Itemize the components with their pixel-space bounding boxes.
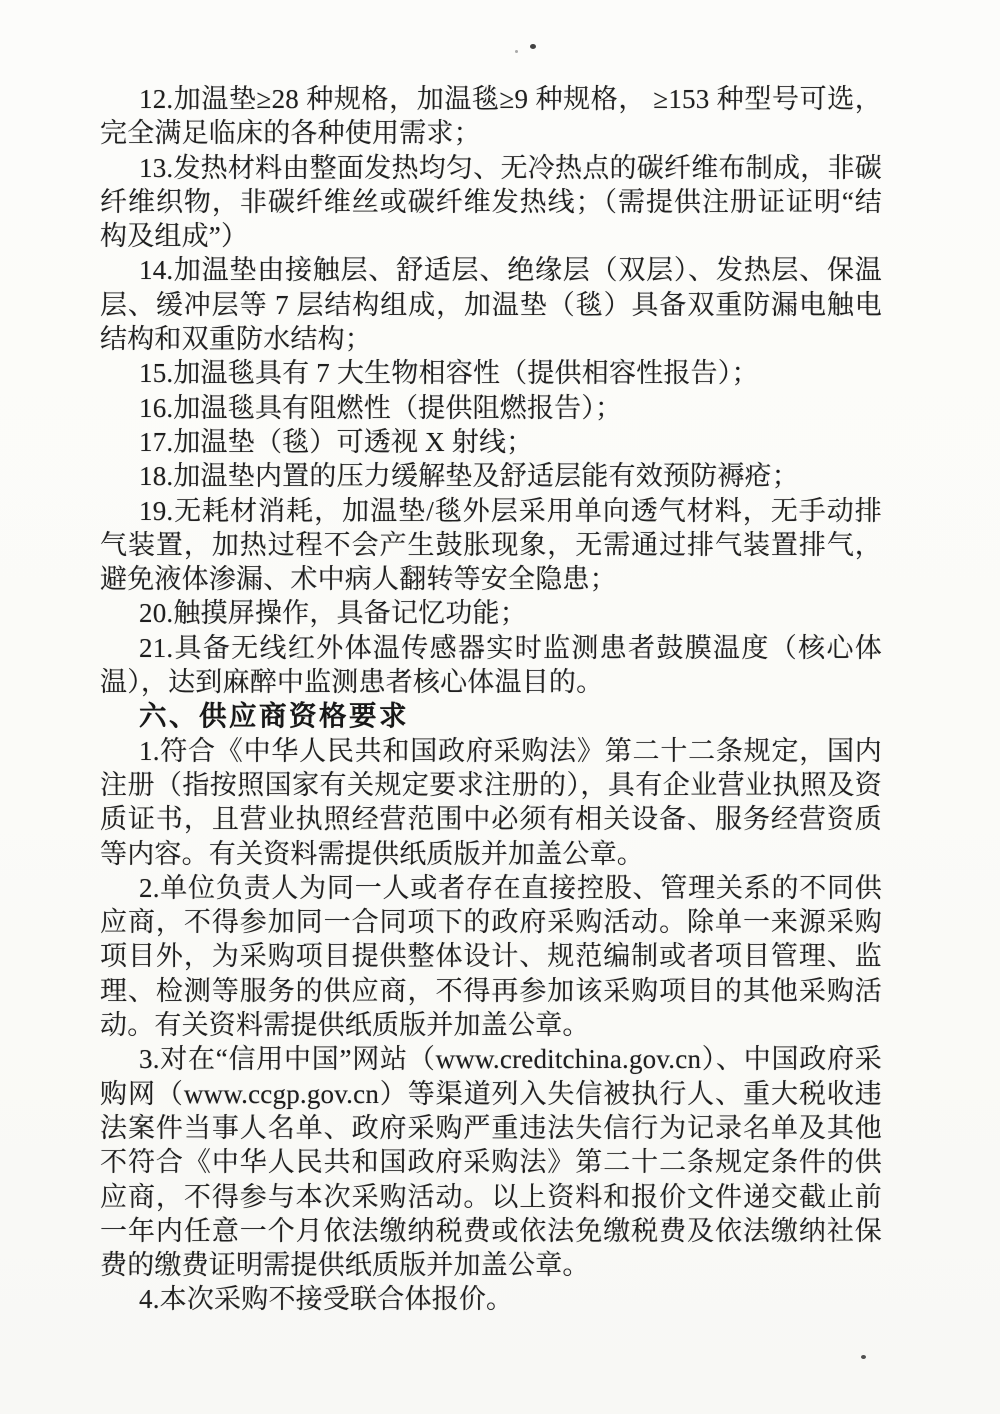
qualification-item-1: 1.符合《中华人民共和国政府采购法》第二十二条规定，国内注册（指按照国家有关规定… (100, 734, 882, 871)
spec-item-21: 21.具备无线红外体温传感器实时监测患者鼓膜温度（核心体温），达到麻醉中监测患者… (100, 631, 882, 700)
spec-item-16: 16.加温毯具有阻燃性（提供阻燃报告）； (100, 391, 882, 425)
spec-item-15: 15.加温毯具有 7 大生物相容性（提供相容性报告）； (100, 356, 882, 390)
spec-item-17: 17.加温垫（毯）可透视 X 射线； (100, 425, 882, 459)
document-body: 12.加温垫≥28 种规格，加温毯≥9 种规格， ≥153 种型号可选，完全满足… (100, 82, 882, 1317)
qualification-item-3: 3.对在“信用中国”网站（www.creditchina.gov.cn）、中国政… (100, 1042, 882, 1282)
section-heading-supplier-qualifications: 六、供应商资格要求 (100, 699, 882, 733)
spec-item-14: 14.加温垫由接触层、舒适层、绝缘层（双层）、发热层、保温层、缓冲层等 7 层结… (100, 253, 882, 356)
scan-speck-3 (861, 1355, 866, 1359)
spec-item-18: 18.加温垫内置的压力缓解垫及舒适层能有效预防褥疮； (100, 459, 882, 493)
scan-speck-1 (530, 44, 536, 49)
spec-item-19: 19.无耗材消耗，加温垫/毯外层采用单向透气材料，无手动排气装置，加热过程不会产… (100, 494, 882, 597)
qualification-item-2: 2.单位负责人为同一人或者存在直接控股、管理关系的不同供应商，不得参加同一合同项… (100, 871, 882, 1042)
spec-item-12: 12.加温垫≥28 种规格，加温毯≥9 种规格， ≥153 种型号可选，完全满足… (100, 82, 882, 151)
scan-speck-2 (515, 50, 518, 53)
spec-item-13: 13.发热材料由整面发热均匀、无冷热点的碳纤维布制成，非碳纤维织物，非碳纤维丝或… (100, 151, 882, 254)
document-page: 12.加温垫≥28 种规格，加温毯≥9 种规格， ≥153 种型号可选，完全满足… (0, 0, 1000, 1414)
qualification-item-4: 4.本次采购不接受联合体报价。 (100, 1282, 882, 1316)
spec-item-20: 20.触摸屏操作，具备记忆功能； (100, 596, 882, 630)
